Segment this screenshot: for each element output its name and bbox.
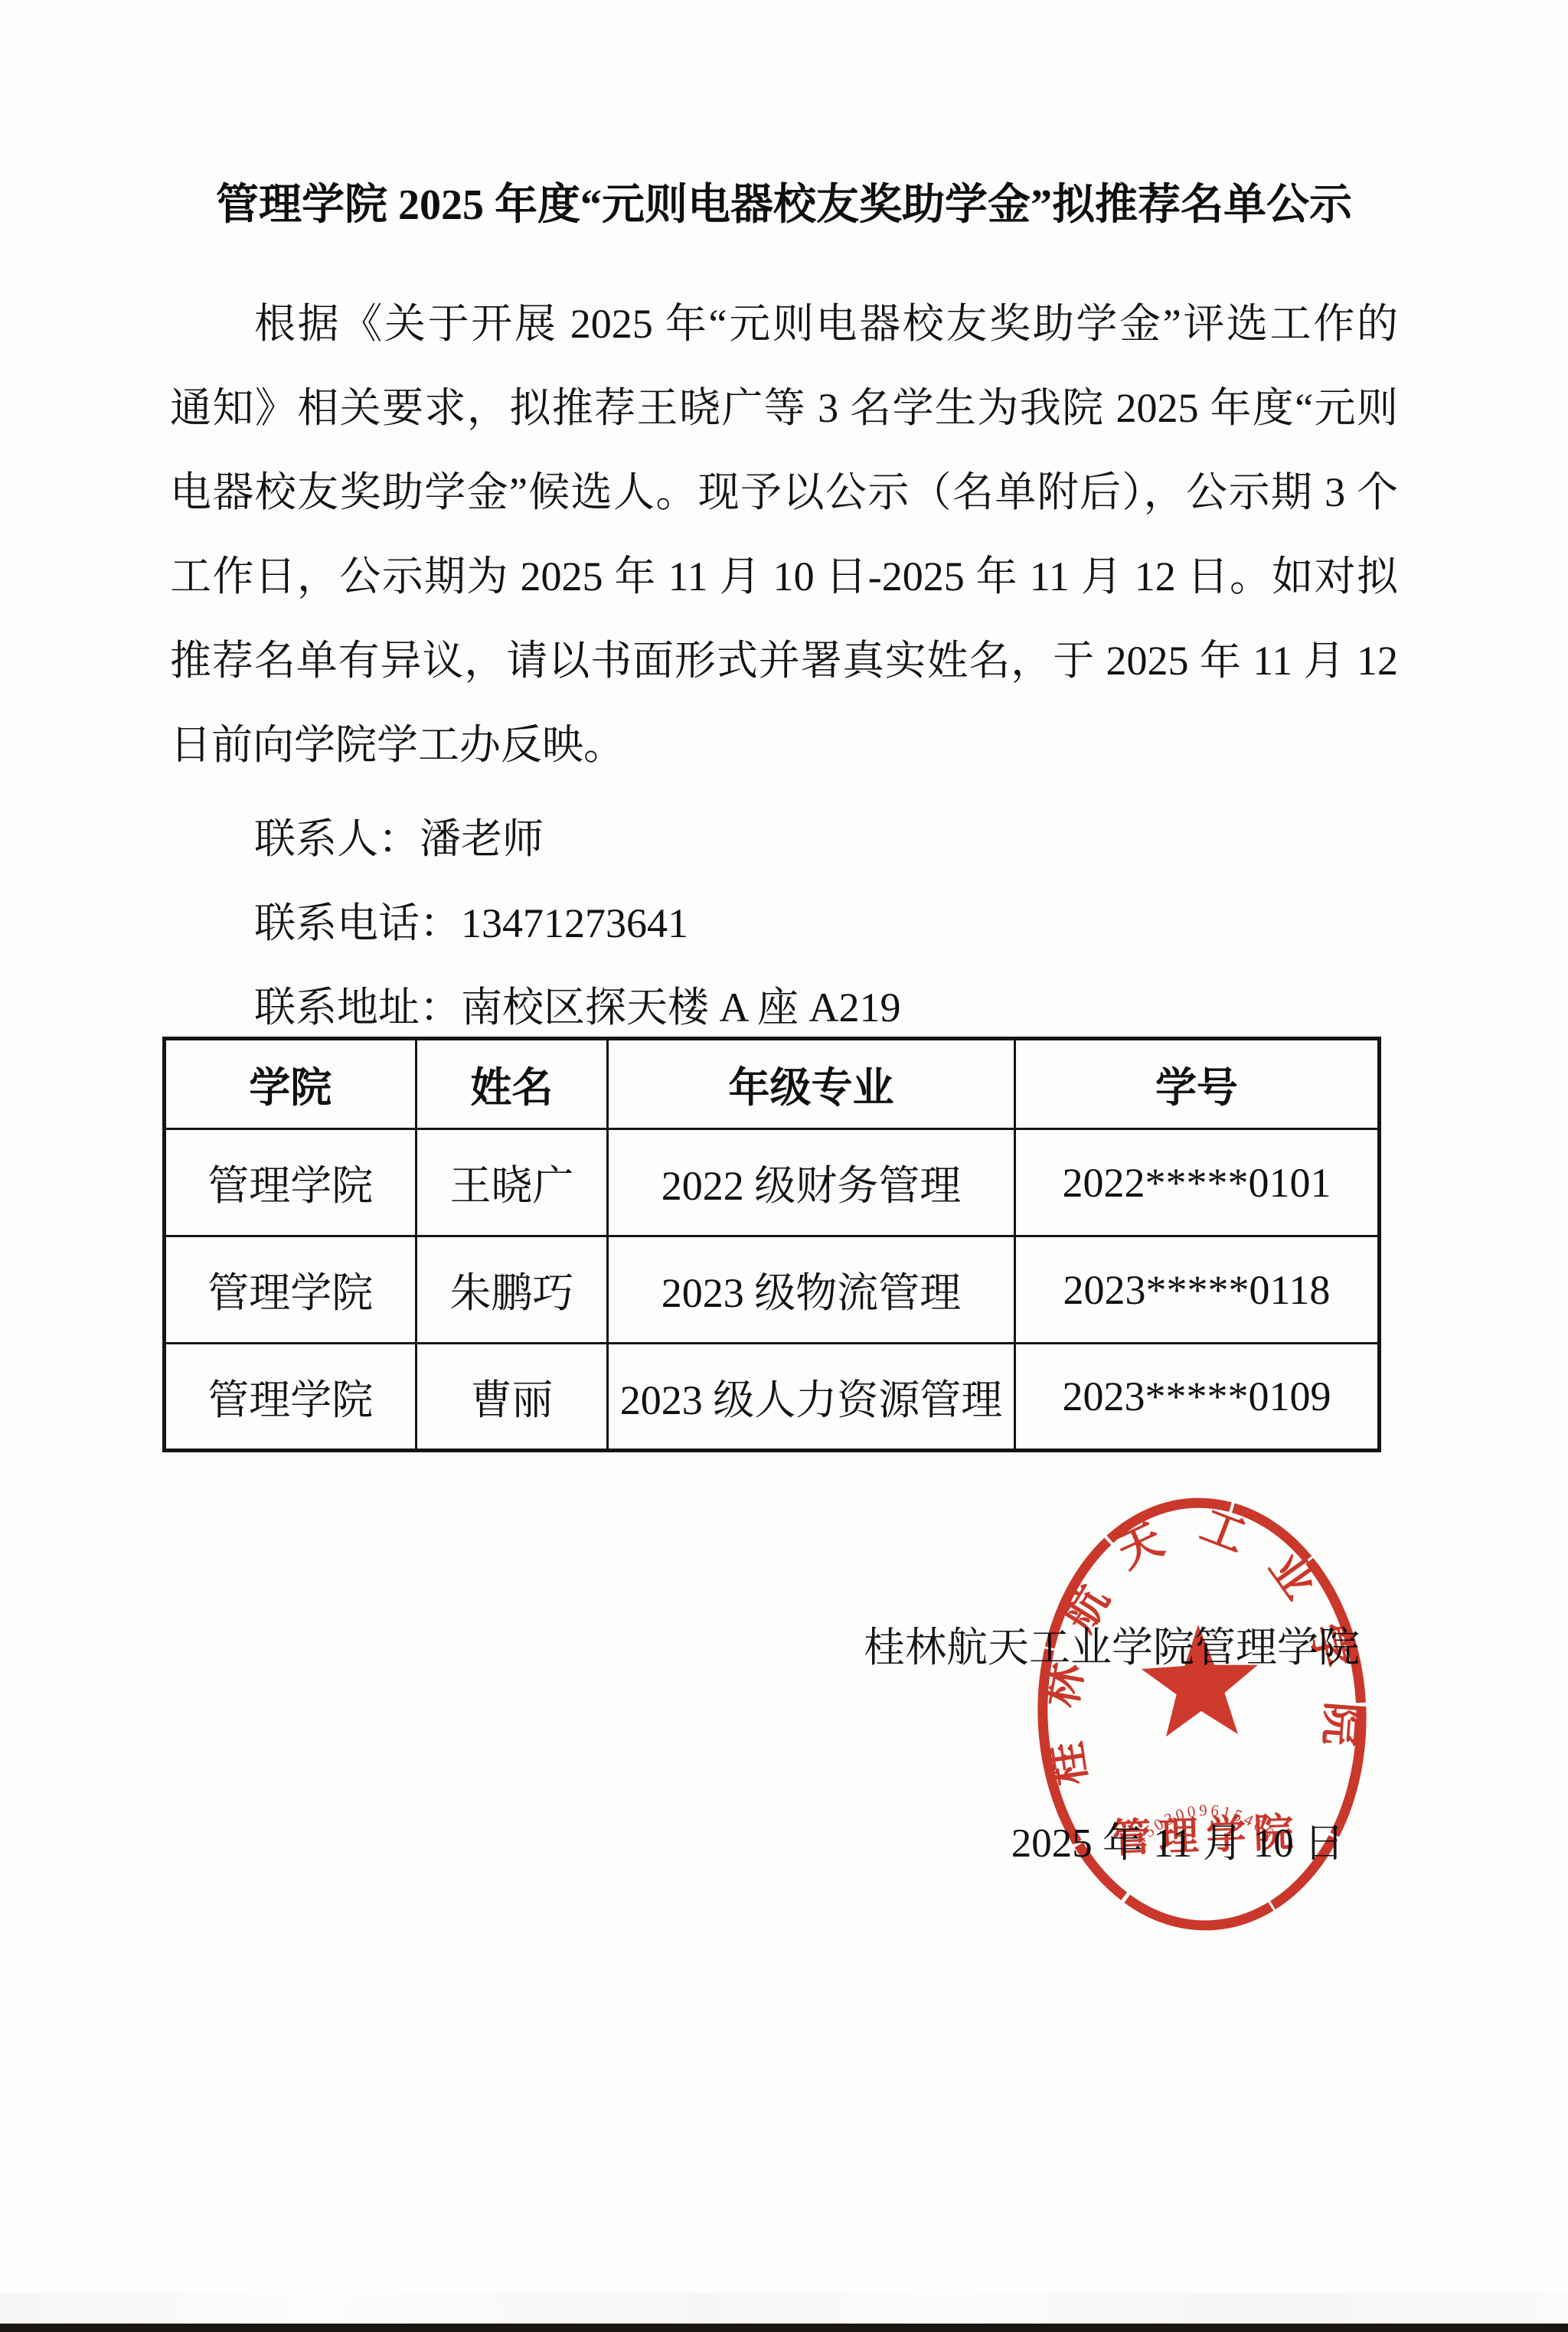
paragraph-line: 通知》相关要求，拟推荐王晓广等 3 名学生为我院 2025 年度“元则 xyxy=(170,366,1398,450)
contact-address-label: 联系地址： xyxy=(254,985,461,1030)
table-cell-name: 曹丽 xyxy=(416,1344,608,1451)
page-title: 管理学院 2025 年度“元则电器校友奖助学金”拟推荐名单公示 xyxy=(170,175,1398,236)
paragraph-line: 日前向学院学工办反映。 xyxy=(170,703,1398,787)
paragraph-line: 电器校友奖助学金”候选人。现予以公示（名单附后），公示期 3 个 xyxy=(170,450,1398,534)
table-cell-name: 王晓广 xyxy=(416,1129,608,1236)
table-cell-student-id: 2023*****0118 xyxy=(1014,1236,1379,1344)
table-cell-grade-major: 2023 级物流管理 xyxy=(608,1236,1015,1344)
table-cell-college: 管理学院 xyxy=(165,1236,416,1344)
signature-date: 2025 年 11 月 10 日 xyxy=(1011,1813,1344,1874)
column-header-name: 姓名 xyxy=(416,1039,608,1129)
table-cell-name: 朱鹏巧 xyxy=(416,1236,608,1344)
table-row: 管理学院 朱鹏巧 2023 级物流管理 2023*****0118 xyxy=(165,1236,1380,1344)
paragraph-line: 工作日，公示期为 2025 年 11 月 10 日-2025 年 11 月 12… xyxy=(170,534,1398,619)
contact-address-value: 南校区探天楼 A 座 A219 xyxy=(461,985,901,1030)
table-cell-grade-major: 2023 级人力资源管理 xyxy=(608,1344,1015,1451)
contact-phone-line: 联系电话：13471273641 xyxy=(254,898,688,949)
official-seal-stamp: 桂林航天工业学院 管理学院 4503009615406 xyxy=(1021,1487,1383,1942)
announcement-paragraph: 根据《关于开展 2025 年“元则电器校友奖助学金”评选工作的 通知》相关要求，… xyxy=(170,282,1398,787)
paragraph-line: 推荐名单有异议，请以书面形式并署真实姓名，于 2025 年 11 月 12 xyxy=(170,619,1398,703)
contact-person-value: 潘老师 xyxy=(420,816,544,862)
table-row: 管理学院 曹丽 2023 级人力资源管理 2023*****0109 xyxy=(165,1344,1380,1451)
signature-organization: 桂林航天工业学院管理学院 xyxy=(864,1617,1360,1678)
column-header-college: 学院 xyxy=(165,1039,416,1129)
table-cell-student-id: 2022*****0101 xyxy=(1014,1129,1379,1236)
recommendation-table: 学院 姓名 年级专业 学号 管理学院 王晓广 2022 级财务管理 2022**… xyxy=(162,1037,1381,1452)
table-row: 管理学院 王晓广 2022 级财务管理 2022*****0101 xyxy=(165,1129,1380,1236)
contact-phone-label: 联系电话： xyxy=(254,900,461,946)
table-cell-student-id: 2023*****0109 xyxy=(1014,1344,1379,1451)
contact-person-line: 联系人：潘老师 xyxy=(254,814,544,864)
contact-phone-value: 13471273641 xyxy=(461,900,688,946)
table-cell-grade-major: 2022 级财务管理 xyxy=(608,1129,1015,1236)
contact-person-label: 联系人： xyxy=(254,816,420,862)
page-bottom-edge xyxy=(0,2324,1568,2332)
table-header-row: 学院 姓名 年级专业 学号 xyxy=(165,1039,1380,1129)
table-cell-college: 管理学院 xyxy=(165,1344,416,1451)
paragraph-line: 根据《关于开展 2025 年“元则电器校友奖助学金”评选工作的 xyxy=(170,282,1398,366)
document-page: 管理学院 2025 年度“元则电器校友奖助学金”拟推荐名单公示 根据《关于开展 … xyxy=(0,0,1568,2332)
table-cell-college: 管理学院 xyxy=(165,1129,416,1236)
column-header-grade-major: 年级专业 xyxy=(608,1039,1015,1129)
scan-smudge-strip xyxy=(0,2293,1568,2324)
contact-address-line: 联系地址：南校区探天楼 A 座 A219 xyxy=(254,982,901,1033)
column-header-student-id: 学号 xyxy=(1014,1039,1379,1129)
